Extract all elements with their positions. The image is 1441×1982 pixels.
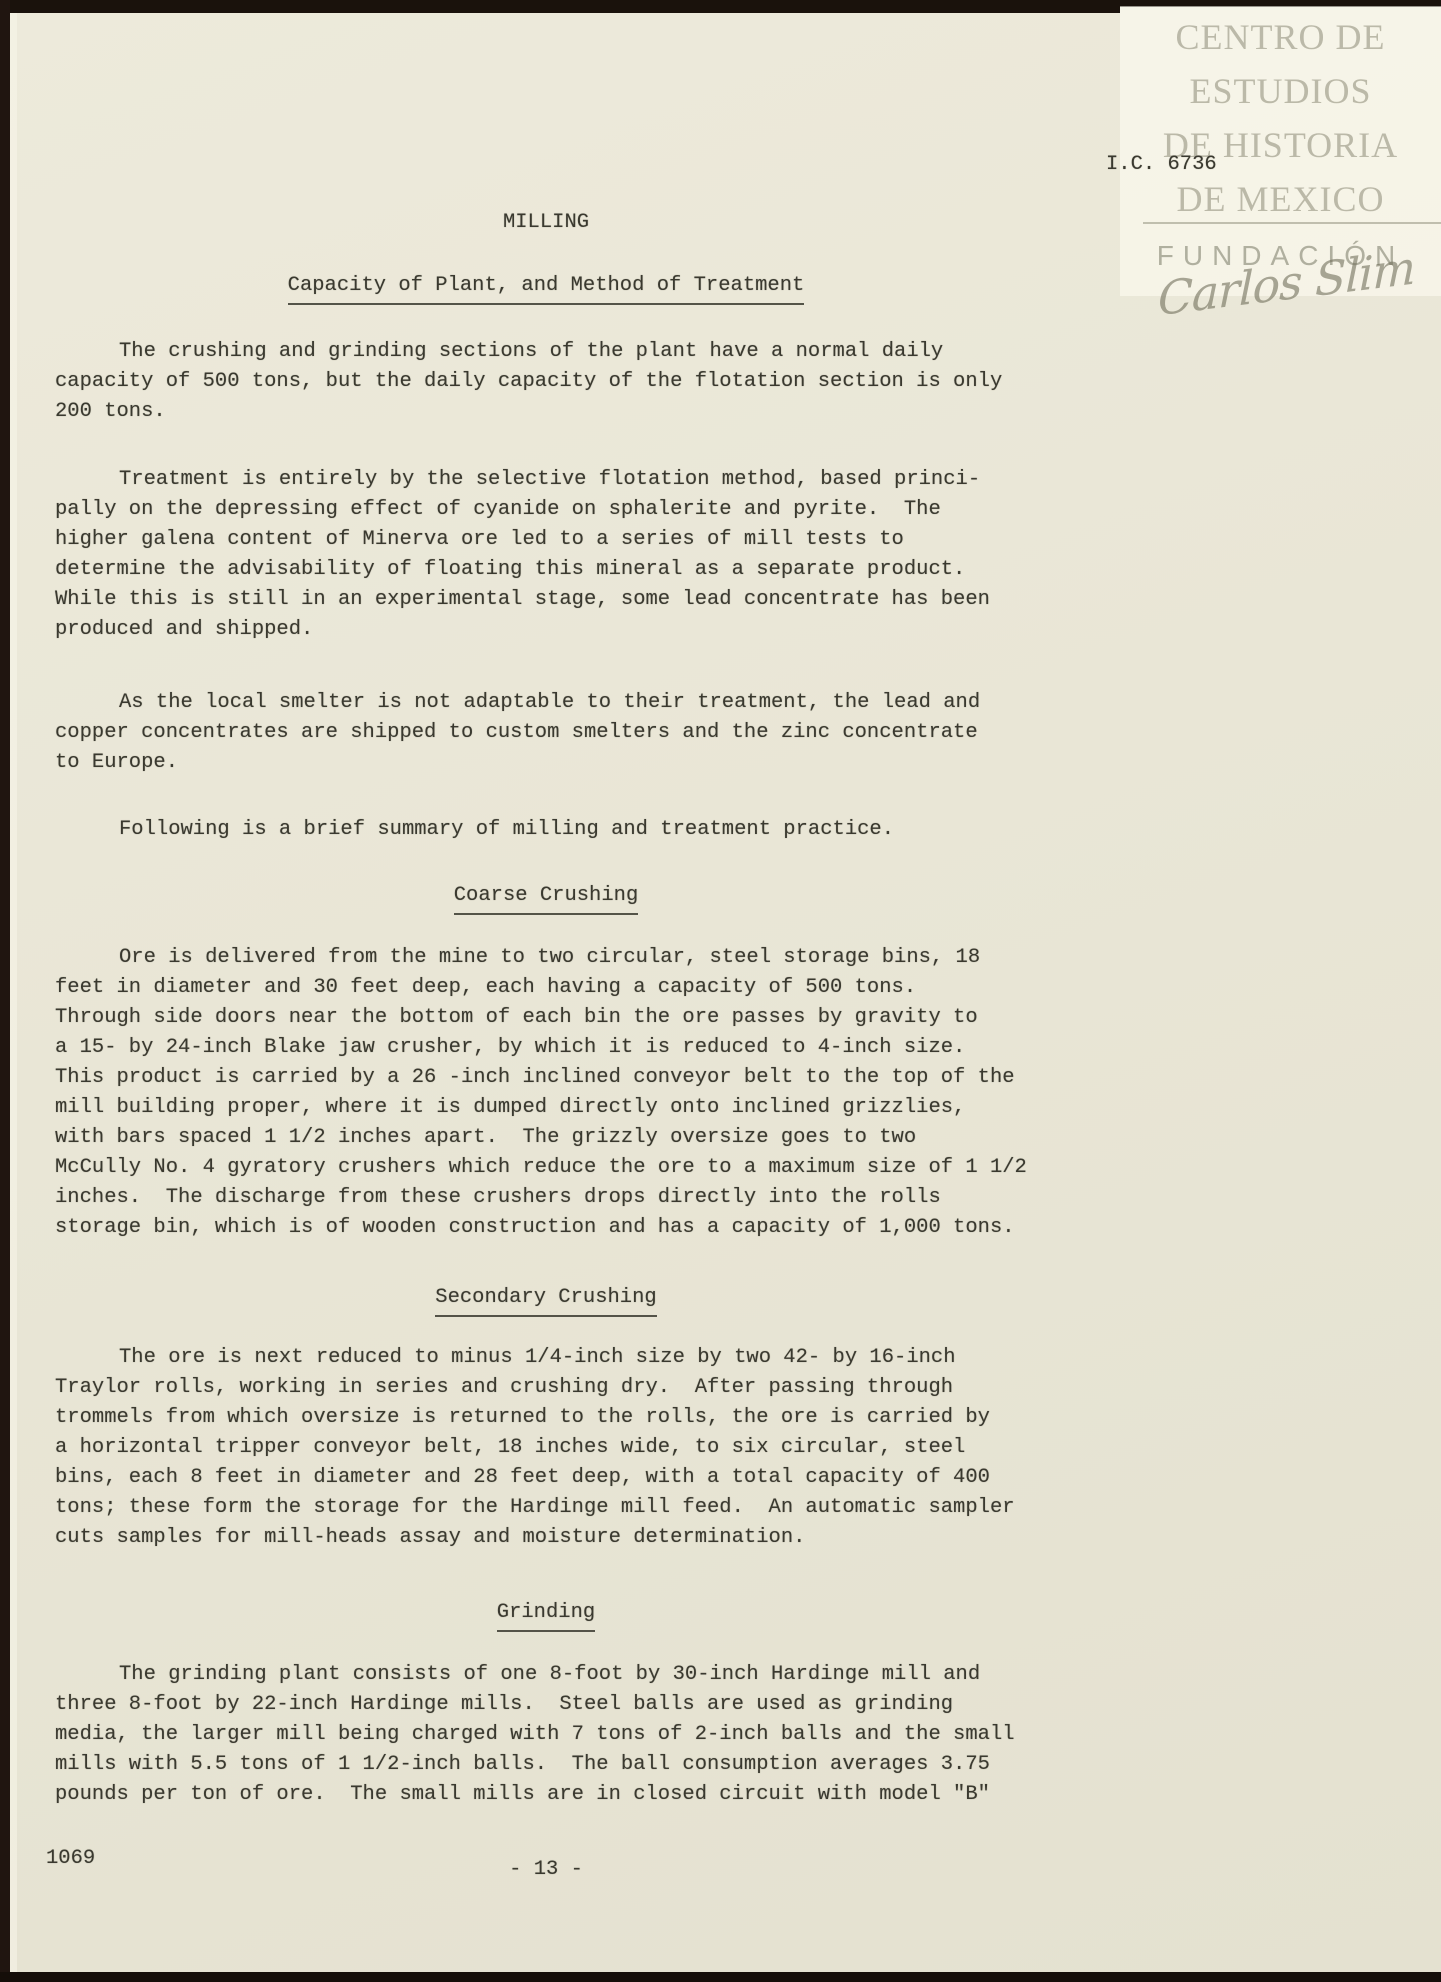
section-heading-capacity: Capacity of Plant, and Method of Treatme… [55, 271, 1037, 305]
text-line: inches. The discharge from these crusher… [55, 1183, 1037, 1213]
text-line: Ore is delivered from the mine to two ci… [55, 943, 1037, 973]
text-line: Following is a brief summary of milling … [55, 815, 1037, 845]
text-line: determine the advisability of floating t… [55, 555, 1037, 585]
paragraph: The grinding plant consists of one 8-foo… [55, 1660, 1037, 1810]
paragraph: The crushing and grinding sections of th… [55, 337, 1037, 427]
text-line: The grinding plant consists of one 8-foo… [55, 1660, 1037, 1690]
page-title: MILLING [55, 208, 1037, 238]
paragraph: Treatment is entirely by the selective f… [55, 465, 1037, 645]
paragraph: Following is a brief summary of milling … [55, 815, 1037, 845]
text-line: copper concentrates are shipped to custo… [55, 718, 1037, 748]
footer-page-number: - 13 - [55, 1855, 1037, 1885]
doc-reference-number: I.C. 6736 [1106, 150, 1217, 180]
text-line: capacity of 500 tons, but the daily capa… [55, 367, 1037, 397]
text-line: a horizontal tripper conveyor belt, 18 i… [55, 1433, 1037, 1463]
paragraph: As the local smelter is not adaptable to… [55, 688, 1037, 778]
text-line: The ore is next reduced to minus 1/4-inc… [55, 1343, 1037, 1373]
text-line: tons; these form the storage for the Har… [55, 1493, 1037, 1523]
document-content: I.C. 6736 MILLING Capacity of Plant, and… [0, 0, 1441, 1982]
text-line: feet in diameter and 30 feet deep, each … [55, 973, 1037, 1003]
text-line: media, the larger mill being charged wit… [55, 1720, 1037, 1750]
text-line: to Europe. [55, 748, 1037, 778]
text-line: a 15- by 24-inch Blake jaw crusher, by w… [55, 1033, 1037, 1063]
text-line: While this is still in an experimental s… [55, 585, 1037, 615]
section-heading-coarse-crushing: Coarse Crushing [55, 881, 1037, 915]
text-line: pounds per ton of ore. The small mills a… [55, 1780, 1037, 1810]
text-line: Treatment is entirely by the selective f… [55, 465, 1037, 495]
paragraph: Ore is delivered from the mine to two ci… [55, 943, 1037, 1243]
text-line: pally on the depressing effect of cyanid… [55, 495, 1037, 525]
scanned-document-page: { "watermark": { "org_lines": ["CENTRO D… [0, 0, 1441, 1982]
section-heading-grinding: Grinding [55, 1598, 1037, 1632]
text-line: Through side doors near the bottom of ea… [55, 1003, 1037, 1033]
text-line: with bars spaced 1 1/2 inches apart. The… [55, 1123, 1037, 1153]
paragraph: The ore is next reduced to minus 1/4-inc… [55, 1343, 1037, 1553]
text-line: trommels from which oversize is returned… [55, 1403, 1037, 1433]
text-line: mill building proper, where it is dumped… [55, 1093, 1037, 1123]
text-line: produced and shipped. [55, 615, 1037, 645]
section-heading-secondary-crushing: Secondary Crushing [55, 1283, 1037, 1317]
text-line: higher galena content of Minerva ore led… [55, 525, 1037, 555]
text-line: Traylor rolls, working in series and cru… [55, 1373, 1037, 1403]
text-line: cuts samples for mill-heads assay and mo… [55, 1523, 1037, 1553]
text-line: As the local smelter is not adaptable to… [55, 688, 1037, 718]
text-line: storage bin, which is of wooden construc… [55, 1213, 1037, 1243]
text-line: McCully No. 4 gyratory crushers which re… [55, 1153, 1037, 1183]
text-line: mills with 5.5 tons of 1 1/2-inch balls.… [55, 1750, 1037, 1780]
text-line: The crushing and grinding sections of th… [55, 337, 1037, 367]
text-line: bins, each 8 feet in diameter and 28 fee… [55, 1463, 1037, 1493]
text-line: This product is carried by a 26 -inch in… [55, 1063, 1037, 1093]
text-line: three 8-foot by 22-inch Hardinge mills. … [55, 1690, 1037, 1720]
text-line: 200 tons. [55, 397, 1037, 427]
